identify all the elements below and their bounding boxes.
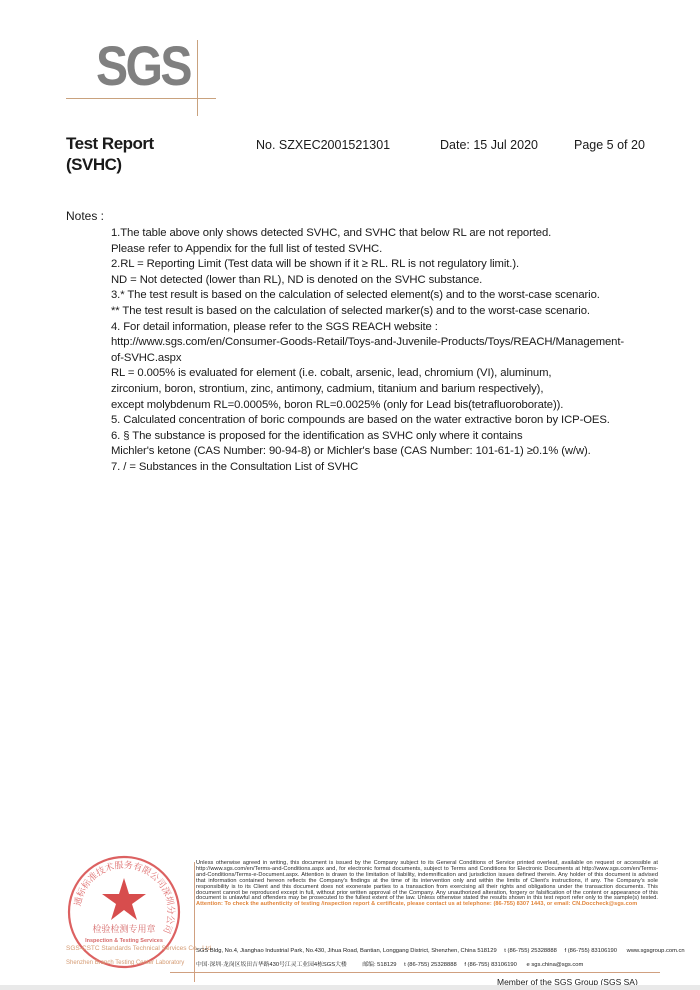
notes-list: 1.The table above only shows detected SV… bbox=[111, 226, 671, 476]
postcode-cn: 邮编: 518129 bbox=[362, 959, 396, 968]
report-title: Test Report (SVHC) bbox=[66, 133, 154, 175]
sgs-logo: SGS bbox=[66, 40, 186, 100]
logo-text: SGS bbox=[96, 34, 190, 98]
svg-text:检验检测专用章: 检验检测专用章 bbox=[92, 923, 155, 935]
report-date: Date: 15 Jul 2020 bbox=[440, 138, 538, 152]
title-line-2: (SVHC) bbox=[66, 154, 154, 175]
logo-horizontal-rule bbox=[66, 98, 216, 99]
star-icon bbox=[102, 878, 146, 920]
report-number: No. SZXEC2001521301 bbox=[256, 138, 390, 152]
company-name-line1: SGS-CSTC Standards Technical Services Co… bbox=[66, 945, 213, 952]
company-name-line2: Shenzhen Branch Testing Center Laborator… bbox=[66, 960, 184, 966]
svg-text:Inspection & Testing Services: Inspection & Testing Services bbox=[85, 938, 163, 944]
footer-vertical-rule bbox=[194, 862, 195, 982]
page-bottom-band bbox=[0, 985, 700, 990]
note-line: 2.RL = Reporting Limit (Test data will b… bbox=[111, 257, 671, 273]
note-line: ND = Not detected (lower than RL), ND is… bbox=[111, 273, 671, 289]
logo-vertical-rule bbox=[197, 40, 198, 116]
address-chinese: 中国·深圳·龙岗区坂田吉华路430号江灵工业园4栋SGS大楼 邮编: 51812… bbox=[196, 959, 583, 968]
address-street-en: SGS Bldg, No.4, Jianghao Industrial Park… bbox=[196, 948, 497, 954]
report-page: SGS Test Report (SVHC) No. SZXEC20015213… bbox=[0, 0, 700, 990]
telephone-cn: t (86-755) 25328888 bbox=[404, 962, 457, 968]
note-line: Please refer to Appendix for the full li… bbox=[111, 242, 671, 258]
website-link[interactable]: www.sgsgroup.com.cn bbox=[627, 948, 685, 954]
note-line: 3.* The test result is based on the calc… bbox=[111, 288, 671, 304]
note-line: 5. Calculated concentration of boric com… bbox=[111, 413, 671, 429]
authenticity-notice: Attention: To check the authenticity of … bbox=[196, 901, 637, 907]
email-link[interactable]: e sgs.china@sgs.com bbox=[527, 962, 584, 968]
disclaimer-text: Unless otherwise agreed in writing, this… bbox=[196, 860, 658, 901]
telephone-en: t (86-755) 25328888 bbox=[504, 948, 557, 954]
note-line: 4. For detail information, please refer … bbox=[111, 320, 671, 336]
note-line: 1.The table above only shows detected SV… bbox=[111, 226, 671, 242]
title-line-1: Test Report bbox=[66, 133, 154, 154]
note-line: Michler's ketone (CAS Number: 90-94-8) o… bbox=[111, 444, 671, 460]
fax-cn: f (86-755) 83106190 bbox=[464, 962, 517, 968]
legal-disclaimer: Unless otherwise agreed in writing, this… bbox=[196, 861, 658, 908]
note-line: 7. / = Substances in the Consultation Li… bbox=[111, 460, 671, 476]
note-line: ** The test result is based on the calcu… bbox=[111, 304, 671, 320]
note-line: 6. § The substance is proposed for the i… bbox=[111, 429, 671, 445]
reach-website-link[interactable]: http://www.sgs.com/en/Consumer-Goods-Ret… bbox=[111, 335, 671, 351]
footer-horizontal-rule bbox=[170, 972, 660, 973]
notes-label: Notes : bbox=[66, 209, 104, 223]
address-street-cn: 中国·深圳·龙岗区坂田吉华路430号江灵工业园4栋SGS大楼 bbox=[196, 959, 347, 968]
page-number: Page 5 of 20 bbox=[574, 138, 645, 152]
note-line: RL = 0.005% is evaluated for element (i.… bbox=[111, 366, 671, 382]
note-line: except molybdenum RL=0.0005%, boron RL=0… bbox=[111, 398, 671, 414]
official-seal-stamp: 通标标准技术服务有限公司深圳分公司 检验检测专用章 Inspection & T… bbox=[64, 852, 184, 972]
reach-website-link-cont[interactable]: of-SVHC.aspx bbox=[111, 351, 671, 367]
fax-en: f (86-755) 83106190 bbox=[564, 948, 617, 954]
note-line: zirconium, boron, strontium, zinc, antim… bbox=[111, 382, 671, 398]
address-english: SGS Bldg, No.4, Jianghao Industrial Park… bbox=[196, 948, 685, 954]
